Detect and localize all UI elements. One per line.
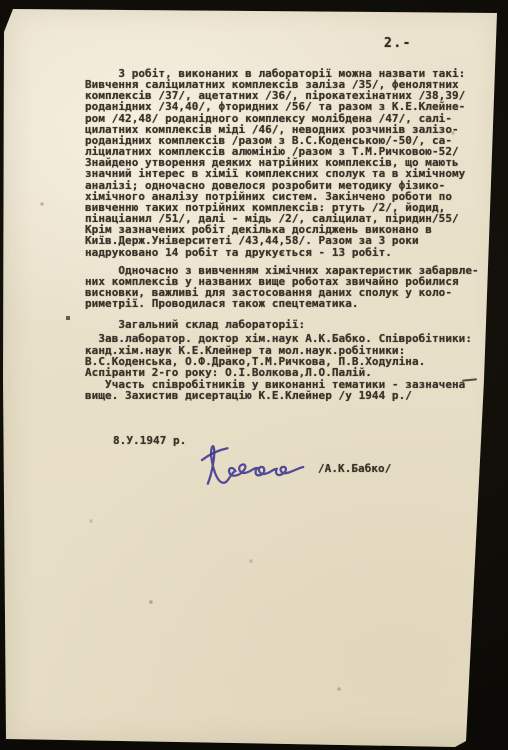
paragraph-colorimetry-conclusions: Одночасно з вивченням хімічних характери…	[85, 265, 485, 310]
paragraph-staff-participation: Участь співробітників у виконанні темати…	[85, 379, 485, 401]
staff-section-heading: Загальний склад лабораторії:	[85, 319, 485, 330]
paragraph-research-summary: З робіт, виконаних в лабораторії можна н…	[85, 68, 485, 258]
paper-specks	[0, 0, 2, 2]
paragraph-lab-staff: Зав.лаборатор. доктор хім.наук А.К.Бабко…	[85, 333, 485, 378]
page-number: 2.-	[384, 36, 412, 51]
handwritten-signature-ink	[198, 440, 316, 490]
signature-typed-name: /А.К.Бабко/	[318, 463, 391, 474]
paper-sheet: 2.- З робіт, виконаних в лабораторії мож…	[0, 0, 508, 750]
document-body: З робіт, виконаних в лабораторії можна н…	[85, 68, 485, 447]
